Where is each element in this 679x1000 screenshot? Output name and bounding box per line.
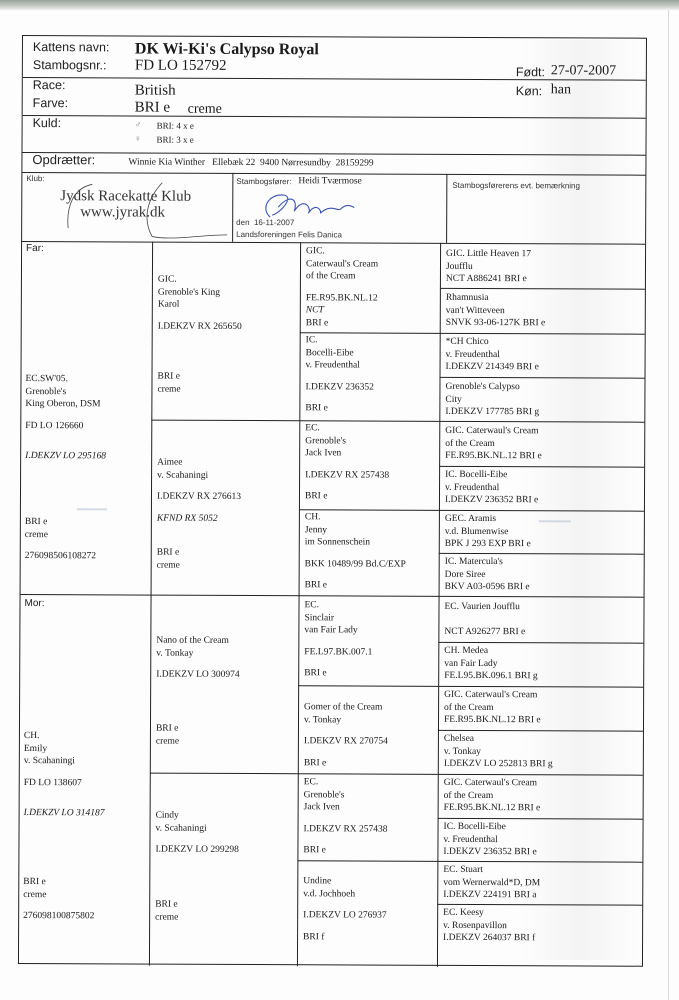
ggp: Undine v.d. Jochhoeh I.DEKZV LO 276937 B…: [303, 875, 387, 943]
dam-details: BRI e creme 276098100875802: [23, 876, 94, 923]
regno-value: FD LO 152792: [135, 57, 227, 74]
gggp-reg: BPK J 293 EXP BRI e: [445, 538, 531, 551]
divider: [437, 904, 642, 906]
ggp-reg: BKK 10489/99 Bd.C/EXP: [305, 558, 406, 571]
ggp: CH. Jenny im Sonnenschein BKK 10489/99 B…: [305, 511, 406, 592]
sire-color: BRI e: [25, 516, 96, 529]
gp-color: BRI e: [156, 723, 179, 736]
gggp-reg: FE.R95.BK.NL.12 BRI e: [445, 450, 542, 463]
divider: [440, 377, 645, 379]
dam-name: v. Scahaningi: [24, 755, 105, 768]
sire-reg: FD LO 126660: [25, 420, 106, 433]
ggp-name: Grenoble's: [305, 435, 389, 448]
male-symbol-icon: ♂: [135, 119, 142, 129]
ggp-title: GIC.: [306, 245, 378, 258]
date-prefix: den: [236, 218, 249, 227]
gggp: *CH Chico v. Freudenthal I.DEKZV 214349 …: [446, 336, 539, 374]
gggp: CH. Medea van Fair Lady FE.L95.BK.096.1 …: [444, 645, 538, 683]
gp-reg: I.DEKZV LO 299298: [155, 844, 239, 857]
gggp-reg: I.DEKZV 214349 BRI e: [446, 361, 539, 374]
divider: [438, 774, 643, 776]
gggp-name: of the Cream: [445, 437, 542, 450]
gggp-reg: FE.L95.BK.096.1 BRI g: [444, 670, 537, 683]
signature-icon: [250, 189, 360, 221]
divider: [297, 860, 437, 862]
gggp-name: GIC. Caterwaul's Cream: [444, 777, 541, 790]
ggp-name: Undine: [303, 875, 387, 888]
dam-chip: 276098100875802: [23, 910, 94, 923]
gggp-name: EC. Stuart: [443, 864, 540, 877]
club-label: Klub:: [26, 174, 44, 183]
gp-reg2: KFND RX 5052: [157, 512, 241, 525]
dam-color: BRI e: [23, 876, 94, 889]
divider: [298, 685, 438, 687]
gggp-name: van't Witteveen: [446, 304, 546, 317]
sire-mother-color: BRI e creme: [157, 547, 180, 572]
gggp: GIC. Caterwaul's Cream of the Cream FE.R…: [444, 689, 541, 727]
ggp-reg: FE.R95.BK.NL.12: [306, 292, 378, 305]
born-label: Født:: [516, 65, 545, 79]
ggp-name: v. Freudenthal: [306, 359, 374, 372]
gggp: Chelsea v. Tonkay I.DEKZV LO 252813 BRI …: [444, 733, 553, 771]
ggp-color: BRI e: [305, 490, 389, 503]
divider: [439, 421, 644, 423]
sire-details: BRI e creme 276098506108272: [25, 516, 96, 563]
gggp-reg: FE.R95.BK.NL.12 BRI e: [444, 714, 541, 727]
gggp-name: IC. Bocelli-Eibe: [444, 821, 537, 834]
gggp-name: v. Freudenthal: [445, 481, 538, 494]
registrar-name: Heidi Tværmose: [298, 175, 361, 188]
born-value: 27-07-2007: [551, 63, 616, 79]
divider: [438, 686, 643, 688]
sire-reg2: I.DEKZV LO 295168: [25, 450, 106, 463]
gggp: EC. Stuart vom Wernerwald*D, DM I.DEKZV …: [443, 864, 540, 902]
sire-label: Far:: [26, 243, 44, 254]
dam-mother-color: BRI e creme: [155, 899, 178, 924]
ggp-color: BRI e: [304, 757, 388, 770]
divider: [439, 466, 644, 468]
ggp-title: EC.: [304, 599, 372, 612]
ggp-name: im Sonnenschein: [305, 536, 406, 549]
pedigree-form: Kattens navn: DK Wi-Ki's Calypso Royal S…: [18, 35, 647, 967]
ggp: EC. Grenoble's Jack Iven I.DEKZV RX 2574…: [305, 422, 389, 503]
sire-title: EC.SW'05.: [25, 373, 106, 386]
ggp-reg: I.DEKZV RX 270754: [304, 735, 388, 748]
gggp-reg: SNVK 93-06-127K BRI e: [446, 317, 546, 330]
gp-name: Cindy: [156, 810, 240, 823]
gp-color-name: creme: [157, 383, 180, 396]
gggp-name: IC. Bocelli-Eibe: [445, 469, 538, 482]
gp-name: v. Scahaningi: [157, 469, 241, 482]
dam-father-color: BRI e creme: [156, 723, 179, 748]
ggp-name: Bocelli-Eibe: [306, 347, 374, 360]
gp-name: v. Tonkay: [156, 647, 240, 660]
gggp-name: Joufflu: [446, 260, 531, 273]
ggp-color: BRI e: [304, 667, 372, 680]
club-stamp-icon: [52, 178, 232, 241]
gp-name: Karol: [158, 299, 242, 312]
divider: [446, 174, 447, 243]
litter-male: BRI: 4 x e: [157, 120, 194, 133]
gggp-name: GIC. Little Heaven 17: [446, 248, 531, 261]
gp-name: Grenoble's King: [158, 286, 242, 299]
scan-mark: [77, 508, 107, 510]
gggp-name: of the Cream: [444, 701, 541, 714]
divider: [440, 333, 645, 335]
gp-color: BRI e: [157, 371, 180, 384]
gggp-reg: I.DEKZV LO 252813 BRI g: [444, 758, 553, 771]
gggp-name: v. Tonkay: [444, 745, 553, 758]
dam-reg2: I.DEKZV LO 314187: [24, 807, 105, 820]
ggp: GIC. Caterwaul's Cream of the Cream FE.R…: [306, 245, 379, 329]
gp-reg: I.DEKZV LO 300974: [156, 669, 240, 682]
ggp-name: Sinclair: [304, 612, 372, 625]
ggp-name: Caterwaul's Cream: [306, 258, 378, 271]
ggp-color: BRI e: [305, 579, 406, 592]
gggp-name: IC. Matercula's: [445, 556, 530, 569]
ggp-color: BRI e: [306, 317, 378, 330]
gggp-name: Rhamnusia: [446, 292, 546, 305]
paper-edge: [668, 10, 669, 1000]
divider: [439, 510, 644, 512]
divider: [149, 242, 153, 966]
gggp-name: CH. Medea: [444, 645, 537, 658]
gggp-reg: NCT A886241 BRI e: [446, 273, 531, 286]
divider: [438, 642, 643, 644]
ggp: IC. Bocelli-Eibe v. Freudenthal I.DEKZV …: [305, 334, 374, 415]
breeder-label: Opdrætter:: [32, 152, 95, 167]
gggp-name: Dore Siree: [445, 568, 530, 581]
gggp-name: EC. Keesy: [443, 907, 535, 920]
ggp: Gomer of the Cream v. Tonkay I.DEKZV RX …: [304, 701, 388, 769]
gggp-reg: I.DEKZV 236352 BRI e: [443, 846, 536, 859]
divider: [439, 553, 644, 555]
ggp-name: Gomer of the Cream: [304, 701, 388, 714]
divider: [298, 773, 438, 775]
gggp: IC. Matercula's Dore Siree BKV A03-0596 …: [445, 556, 530, 594]
ggp-reg2: NCT: [306, 304, 378, 317]
litter-label: Kuld:: [33, 116, 62, 130]
gggp-name: Grenoble's Calypso: [445, 381, 539, 394]
gggp-name: *CH Chico: [446, 336, 539, 349]
gp-reg: I.DEKZV RX 265650: [158, 320, 242, 333]
gp-title: GIC.: [158, 274, 242, 287]
ggp-title: EC.: [305, 422, 389, 435]
ggp-reg: I.DEKZV RX 257438: [304, 823, 388, 836]
ggp-title: CH.: [305, 511, 406, 524]
remark-label: Stambogsførerens evt. bemærkning: [452, 181, 580, 191]
divider: [438, 730, 643, 732]
gggp-name: EC. Vaurien Joufflu: [444, 601, 525, 614]
dam-reg: FD LO 138607: [24, 777, 105, 790]
sire: EC.SW'05. Grenoble's King Oberon, DSM FD…: [25, 373, 106, 463]
ggp-color: BRI e: [305, 402, 373, 415]
divider: [437, 243, 441, 967]
divider: [297, 242, 301, 966]
scan-mark: [539, 520, 571, 522]
gp-color-name: creme: [155, 911, 178, 924]
gggp-name: GEC. Aramis: [445, 513, 531, 526]
dam-color-name: creme: [23, 889, 94, 902]
sire-name: Grenoble's: [25, 386, 106, 399]
ggp-name: van Fair Lady: [304, 624, 372, 637]
gggp: EC. Keesy v. Rosenpavillon I.DEKZV 26403…: [443, 907, 535, 945]
sire-name: King Oberon, DSM: [25, 398, 106, 411]
ggp: EC. Grenoble's Jack Iven I.DEKZV RX 2574…: [303, 776, 387, 857]
gp-name: Aimee: [157, 457, 241, 470]
gggp-name: City: [445, 393, 539, 406]
gggp: IC. Bocelli-Eibe v. Freudenthal I.DEKZV …: [443, 821, 536, 859]
gp-color: BRI e: [155, 899, 178, 912]
registrar-label: Stambogsfører:: [236, 177, 291, 186]
gggp-name: v. Freudenthal: [443, 833, 536, 846]
ggp-color: BRI e: [303, 844, 387, 857]
federation-name: Landsforeningen Felis Danica: [236, 230, 342, 239]
gggp-name: vom Wernerwald*D, DM: [443, 876, 540, 889]
ggp-reg: I.DEKZV 236352: [305, 381, 373, 394]
sire-father-color: BRI e creme: [157, 371, 180, 396]
sire-mother: Aimee v. Scahaningi I.DEKZV RX 276613 KF…: [157, 457, 241, 525]
gp-color-name: creme: [157, 559, 180, 572]
ggp: EC. Sinclair van Fair Lady FE.L97.BK.007…: [304, 599, 372, 680]
ggp-name: v.d. Jochhoeh: [303, 888, 387, 901]
sire-father: GIC. Grenoble's King Karol I.DEKZV RX 26…: [158, 274, 242, 333]
gp-color-name: creme: [156, 735, 179, 748]
gp-color: BRI e: [157, 547, 180, 560]
gggp-reg: I.DEKZV 264037 BRI f: [443, 932, 535, 945]
divider: [22, 241, 645, 245]
regno-label: Stambogsnr.:: [33, 58, 107, 72]
gggp-name: v.d. Blumenwise: [445, 525, 531, 538]
sire-chip: 276098506108272: [25, 550, 96, 563]
gggp-name: Chelsea: [444, 733, 553, 746]
ggp-reg: I.DEKZV LO 276937: [303, 909, 387, 922]
ggp-color: BRI f: [303, 931, 387, 944]
ggp-reg: I.DEKZV RX 257438: [305, 469, 389, 482]
ggp-name: Jenny: [305, 524, 406, 537]
gggp: GIC. Little Heaven 17 Joufflu NCT A88624…: [446, 248, 531, 286]
divider: [23, 115, 646, 119]
color-name: creme: [188, 102, 222, 118]
ggp-name: v. Tonkay: [304, 714, 388, 727]
litter-female: BRI: 3 x e: [157, 134, 194, 147]
gggp-name: [444, 613, 525, 626]
sire-color-name: creme: [25, 529, 96, 542]
divider: [150, 773, 298, 775]
ggp-title: IC.: [306, 334, 374, 347]
ggp-reg: FE.L97.BK.007.1: [304, 646, 372, 659]
gggp-name: v. Freudenthal: [446, 348, 539, 361]
scan-edge: [0, 0, 679, 10]
gggp: GIC. Caterwaul's Cream of the Cream FE.R…: [444, 777, 541, 815]
cat-name: DK Wi-Ki's Calypso Royal: [135, 40, 319, 59]
gggp: IC. Bocelli-Eibe v. Freudenthal I.DEKZV …: [445, 469, 538, 507]
divider: [21, 594, 644, 598]
gggp: GIC. Caterwaul's Cream of the Cream FE.R…: [445, 425, 542, 463]
gggp-reg: FE.R95.BK.NL.12 BRI e: [444, 802, 541, 815]
gp-name: v. Scahaningi: [156, 822, 240, 835]
gggp: Grenoble's Calypso City I.DEKZV 177785 B…: [445, 381, 539, 419]
dam-mother: Cindy v. Scahaningi I.DEKZV LO 299298: [155, 810, 239, 857]
gggp-name: GIC. Caterwaul's Cream: [444, 689, 541, 702]
gggp-reg: I.DEKZV 224191 BRI a: [443, 889, 540, 902]
dam-label: Mor:: [24, 598, 44, 609]
divider: [440, 288, 645, 290]
gggp-reg: BKV A03-0596 BRI e: [445, 581, 530, 594]
sex-label: Køn:: [516, 84, 542, 98]
gggp-reg: I.DEKZV 236352 BRI e: [445, 494, 538, 507]
gggp: EC. Vaurien Joufflu NCT A926277 BRI e: [444, 601, 525, 639]
dam-name: Emily: [24, 743, 105, 756]
color-label: Farve:: [33, 96, 68, 110]
color-code: BRI e: [135, 99, 170, 116]
gggp-name: v. Rosenpavillon: [443, 919, 535, 932]
ggp-name: Jack Iven: [305, 447, 389, 460]
dam: CH. Emily v. Scahaningi FD LO 138607 I.D…: [24, 730, 105, 820]
gggp-reg: I.DEKZV 177785 BRI g: [445, 406, 539, 419]
ggp-name: of the Cream: [306, 270, 378, 283]
cat-name-label: Kattens navn:: [33, 40, 110, 54]
race-value: British: [135, 82, 176, 99]
dam-title: CH.: [24, 730, 105, 743]
race-label: Race:: [33, 78, 66, 92]
gggp-name: of the Cream: [444, 789, 541, 802]
ggp-title: EC.: [304, 776, 388, 789]
gp-name: Nano of the Cream: [156, 635, 240, 648]
female-symbol-icon: ♀: [135, 133, 142, 143]
gggp-reg: NCT A926277 BRI e: [444, 626, 525, 639]
divider: [437, 861, 642, 863]
divider: [438, 818, 643, 820]
ggp-name: Grenoble's: [304, 789, 388, 802]
breeder-value: Winnie Kia Winther Ellebæk 22 9400 Nørre…: [128, 156, 373, 170]
gggp: Rhamnusia van't Witteveen SNVK 93-06-127…: [446, 292, 546, 330]
gp-reg: I.DEKZV RX 276613: [157, 491, 241, 504]
ggp-name: Jack Iven: [304, 801, 388, 814]
sex-value: han: [551, 82, 571, 98]
divider: [22, 152, 645, 156]
registration-date: 16-11-2007: [254, 218, 294, 227]
gggp-name: van Fair Lady: [444, 657, 537, 670]
gggp-name: GIC. Caterwaul's Cream: [445, 425, 542, 438]
dam-father: Nano of the Cream v. Tonkay I.DEKZV LO 3…: [156, 635, 240, 682]
divider: [151, 420, 299, 422]
gggp: GEC. Aramis v.d. Blumenwise BPK J 293 EX…: [445, 513, 531, 551]
